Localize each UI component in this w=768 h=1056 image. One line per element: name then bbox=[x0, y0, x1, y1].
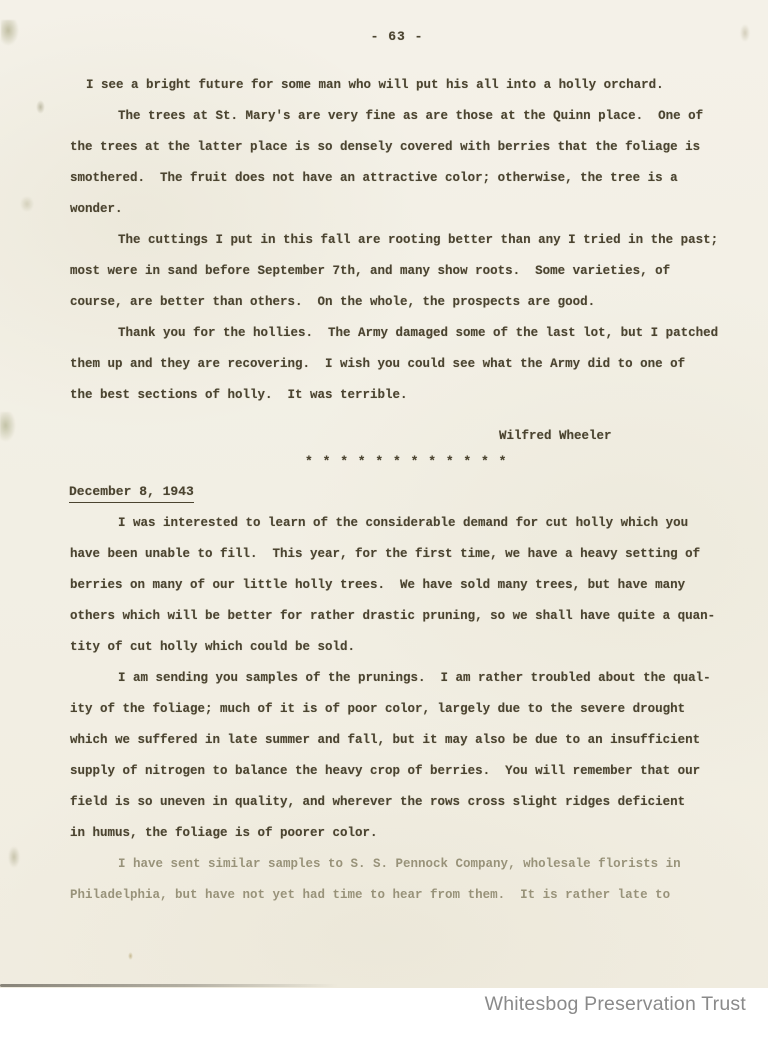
letter2-body: I was interested to learn of the conside… bbox=[70, 508, 750, 911]
paper-speck bbox=[0, 412, 16, 442]
asterisk-divider: * * * * * * * * * * * * bbox=[305, 452, 507, 472]
footer-strip: Whitesbog Preservation Trust bbox=[0, 988, 768, 1056]
letter1-body: I see a bright future for some man who w… bbox=[70, 70, 750, 411]
paper-speck bbox=[740, 24, 750, 42]
signature: Wilfred Wheeler bbox=[499, 426, 612, 446]
paragraph: I am sending you samples of the prunings… bbox=[70, 663, 750, 849]
paragraph-faded: I have sent similar samples to S. S. Pen… bbox=[70, 849, 750, 911]
paragraph: I see a bright future for some man who w… bbox=[70, 70, 750, 101]
paper-speck bbox=[36, 100, 45, 114]
date-heading: December 8, 1943 bbox=[69, 483, 194, 503]
paper-speck bbox=[128, 952, 133, 960]
scanned-letter-page: - 63 - I see a bright future for some ma… bbox=[0, 0, 768, 988]
paper-speck bbox=[8, 846, 20, 868]
paragraph: I was interested to learn of the conside… bbox=[70, 508, 750, 663]
paragraph: The cuttings I put in this fall are root… bbox=[70, 225, 750, 318]
paper-speck bbox=[20, 196, 34, 212]
archive-credit: Whitesbog Preservation Trust bbox=[485, 993, 746, 1016]
paragraph: The trees at St. Mary's are very fine as… bbox=[70, 101, 750, 225]
paragraph: Thank you for the hollies. The Army dama… bbox=[70, 318, 750, 411]
paper-speck bbox=[1, 20, 19, 46]
page-bottom-edge bbox=[0, 984, 338, 987]
screenshot-stage: - 63 - I see a bright future for some ma… bbox=[0, 0, 768, 1056]
page-number: - 63 - bbox=[371, 29, 424, 44]
